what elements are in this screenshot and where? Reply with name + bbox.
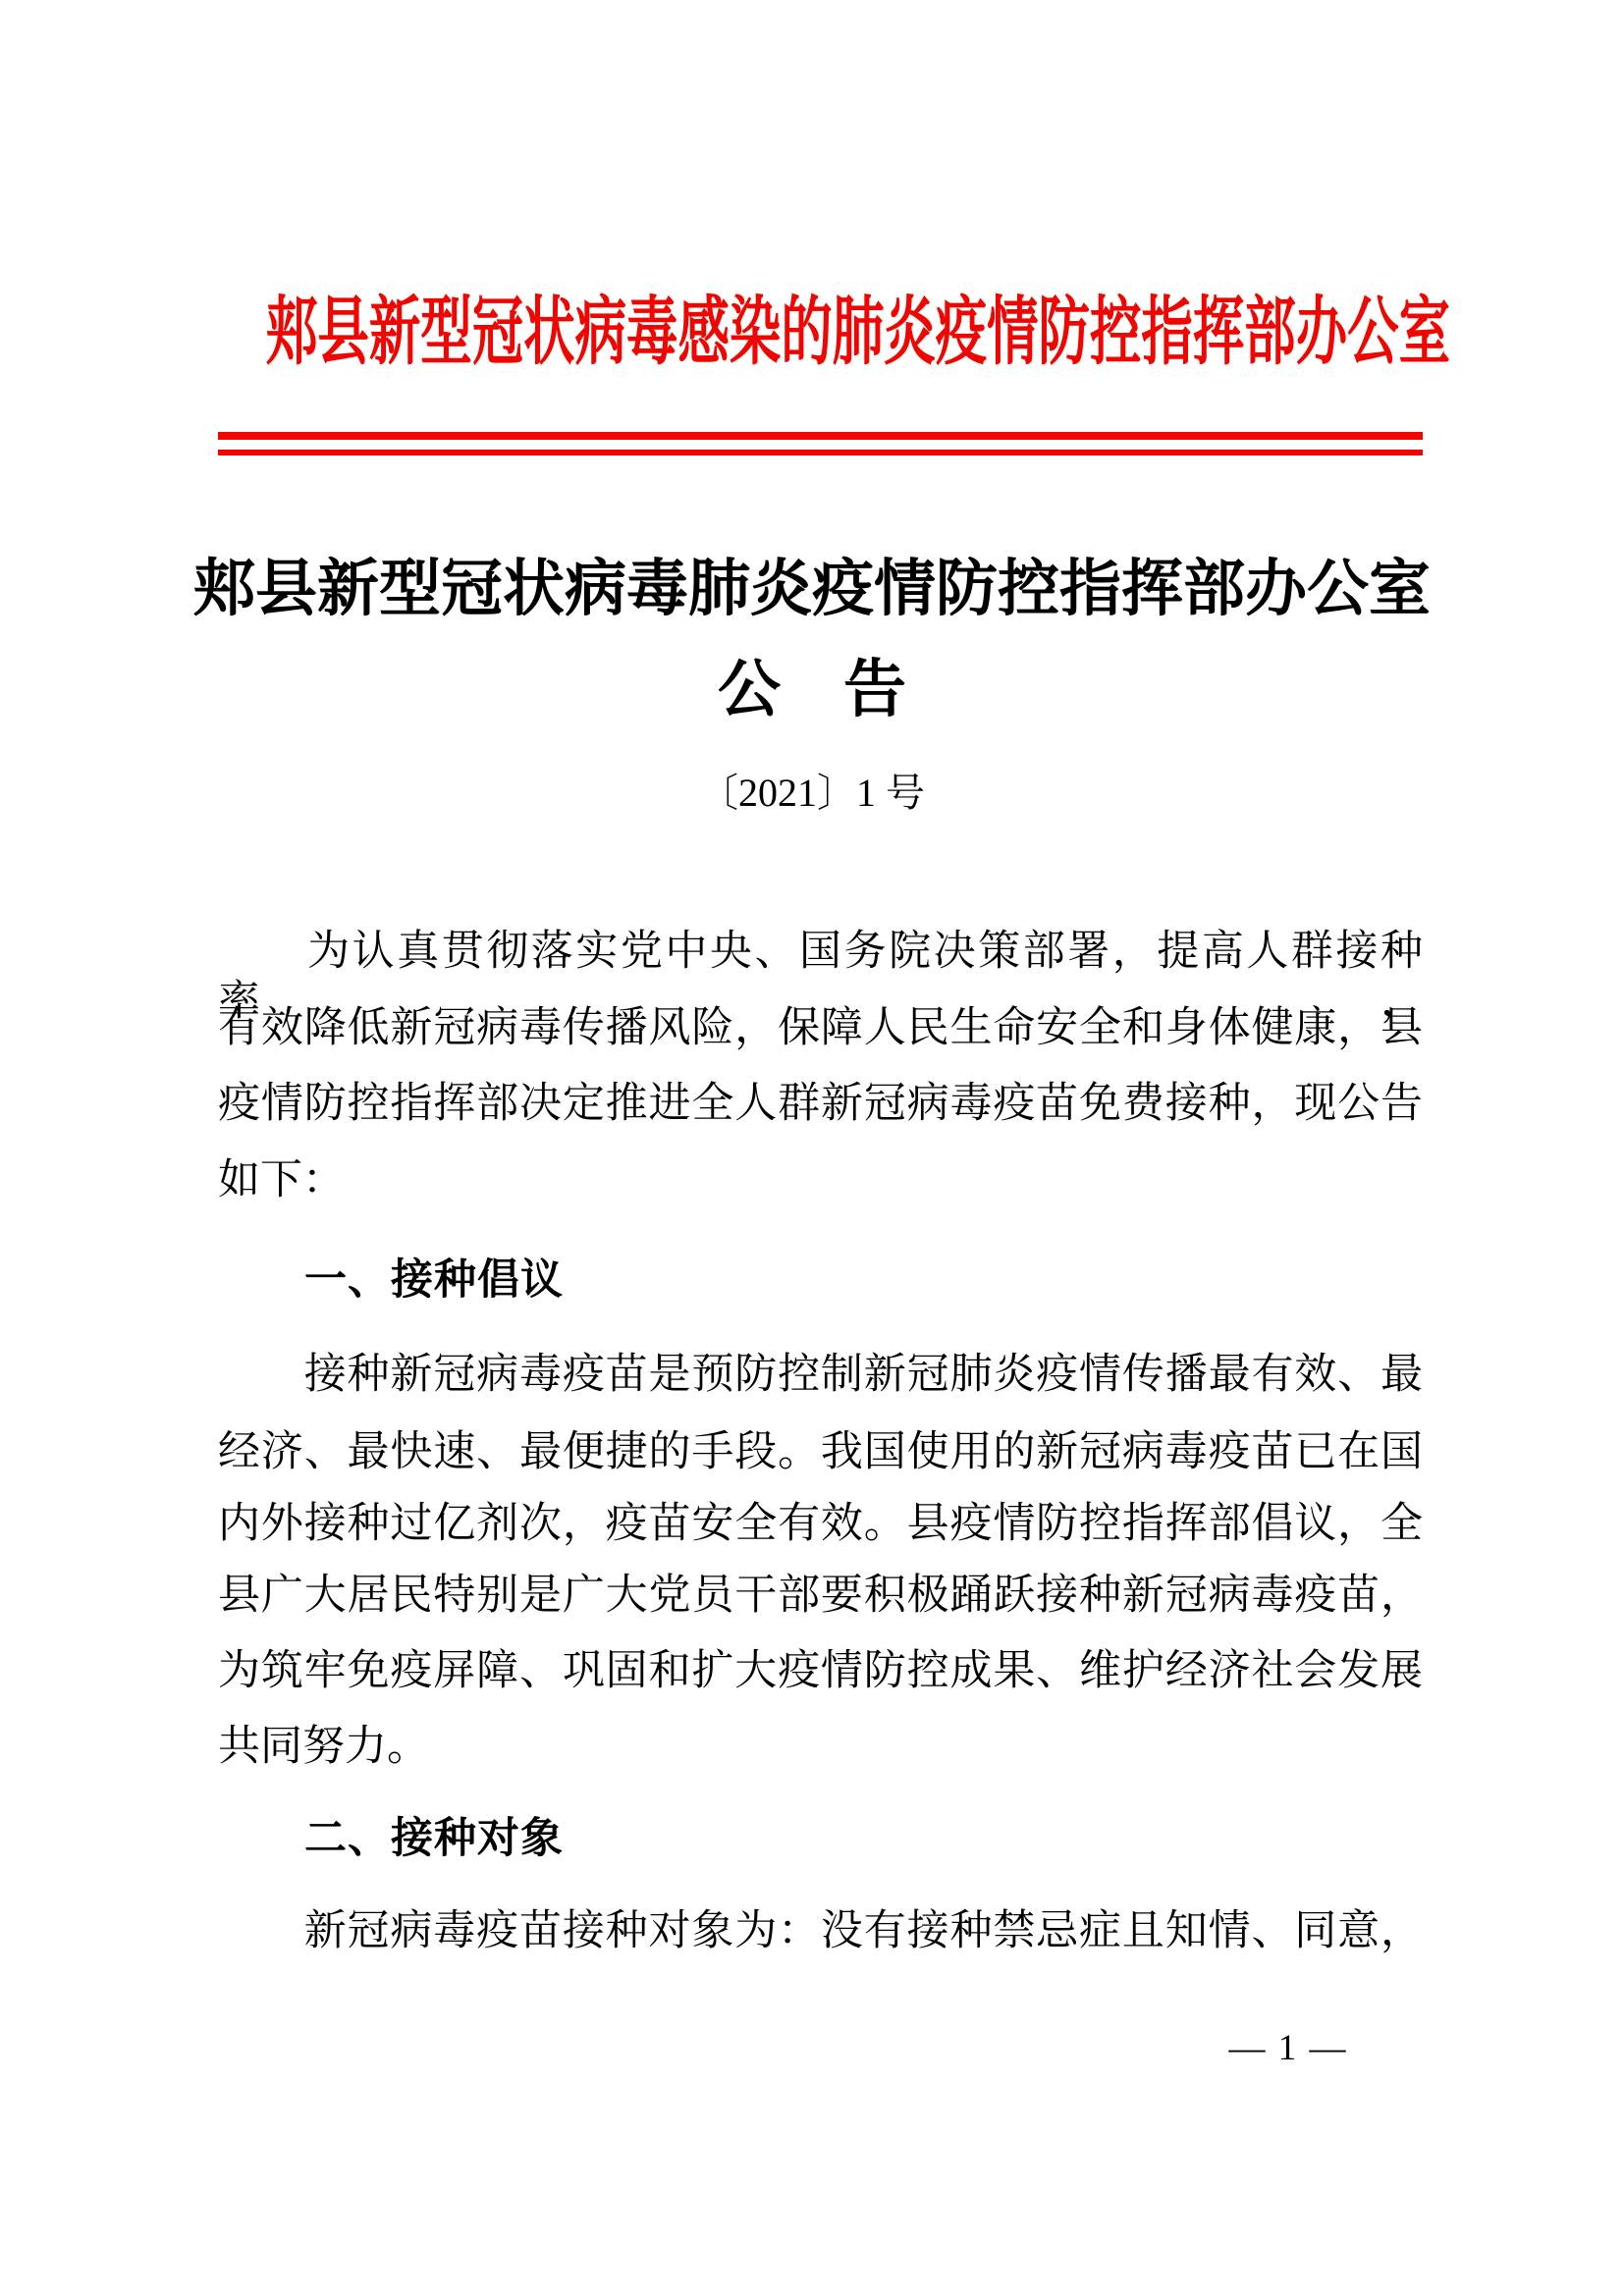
document-number: 〔2021〕1 号 <box>0 772 1624 815</box>
letterhead: 郏县新型冠状病毒感染的肺炎疫情防控指挥部办公室 <box>0 295 1624 370</box>
body-line: 县广大居民特别是广大党员干部要积极踊跃接种新冠病毒疫苗， <box>218 1572 1423 1622</box>
body-line: 接种新冠病毒疫苗是预防控制新冠肺炎疫情传播最有效、最 <box>218 1351 1423 1401</box>
body-line: 如下： <box>218 1156 1423 1206</box>
section-heading-2: 二、接种对象 <box>218 1814 1423 1864</box>
body-line: 共同努力。 <box>218 1723 1423 1773</box>
body-line: 经济、最快速、最便捷的手段。我国使用的新冠病毒疫苗已在国 <box>218 1428 1423 1478</box>
document-title-line2: 公 告 <box>0 657 1624 722</box>
body-line: 新冠病毒疫苗接种对象为：没有接种禁忌症且知情、同意， <box>218 1907 1423 1957</box>
document-title-line1: 郏县新型冠状病毒肺炎疫情防控指挥部办公室 <box>0 557 1624 621</box>
body-line: 内外接种过亿剂次，疫苗安全有效。县疫情防控指挥部倡议，全 <box>218 1500 1423 1550</box>
body-line: 有效降低新冠病毒传播风险，保障人民生命安全和身体健康，县 <box>218 1004 1423 1054</box>
letterhead-org-name: 郏县新型冠状病毒感染的肺炎疫情防控指挥部办公室 <box>266 295 1450 370</box>
letterhead-rule-thick <box>218 432 1423 440</box>
section-heading-1: 一、接种倡议 <box>218 1255 1423 1306</box>
body-line: 为筑牢免疫屏障、巩固和扩大疫情防控成果、维护经济社会发展 <box>218 1647 1423 1697</box>
page-number: — 1 — <box>1200 2029 1377 2069</box>
body-line: 疫情防控指挥部决定推进全人群新冠病毒疫苗免费接种，现公告 <box>218 1080 1423 1130</box>
document-page: 郏县新型冠状病毒感染的肺炎疫情防控指挥部办公室 郏县新型冠状病毒肺炎疫情防控指挥… <box>0 0 1624 2296</box>
letterhead-rule-thin <box>218 450 1423 455</box>
